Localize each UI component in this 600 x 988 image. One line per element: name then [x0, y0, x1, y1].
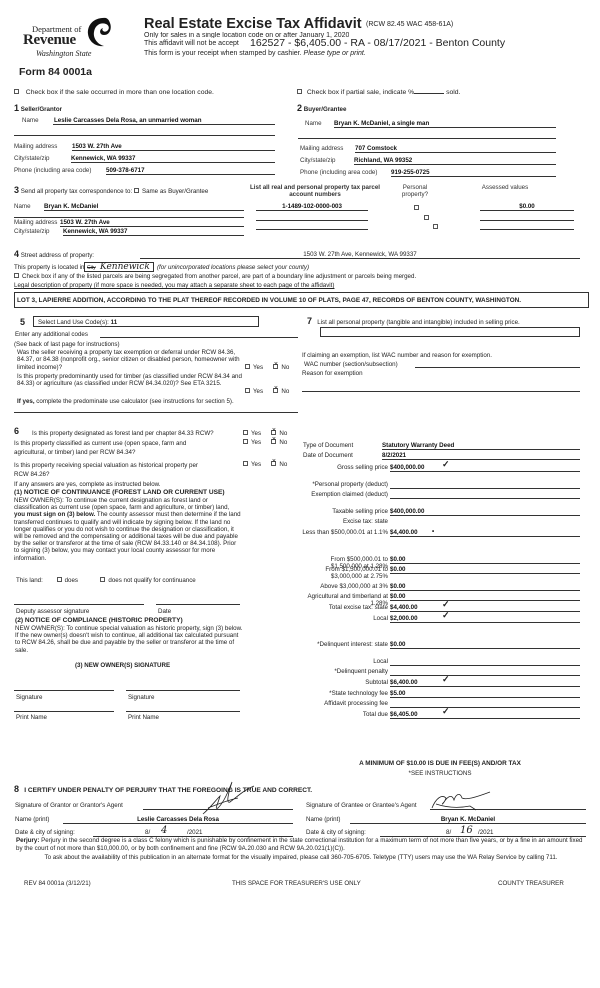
grantor-date-field[interactable]: 8/ 4 /2021	[93, 829, 293, 837]
section-number: 7	[307, 316, 312, 326]
buyer-phone-label: Phone (including area code)	[300, 169, 377, 176]
additional-codes-label: Enter any additional codes	[15, 331, 88, 338]
section-number: 1	[14, 103, 19, 113]
tax-value-field[interactable]: $0.00	[390, 583, 580, 591]
tax-label: Total excise tax: state	[300, 604, 388, 611]
seller-name-row: Name	[22, 117, 39, 124]
tax-value-field[interactable]: $5.00	[390, 690, 580, 698]
seller-name-label: Name	[22, 117, 39, 124]
buyer-address-label: Mailing address	[300, 145, 343, 152]
if-yes-note: If yes, complete the predominate use cal…	[17, 398, 242, 405]
segregated-label: Check box if any of the listed parcels a…	[22, 273, 416, 280]
land-use-q1-answer: Yes No	[245, 364, 289, 371]
assessed-value-field[interactable]	[480, 222, 574, 230]
doc-type-label: Type of Document	[303, 442, 353, 449]
section-number: 6	[14, 426, 19, 436]
historical-no-checkbox[interactable]	[271, 461, 276, 466]
tax-value: $0.00	[390, 566, 405, 573]
parcel-col-header: List all real and personal property tax …	[250, 184, 380, 198]
yes-label: Yes	[253, 388, 263, 395]
seller-phone-label: Phone (including area code)	[14, 167, 91, 174]
grantee-date-label: Date & city of signing:	[306, 829, 366, 836]
no-label: No	[281, 364, 289, 371]
reason-label: Reason for exemption	[302, 370, 363, 377]
n1-text-a: NEW OWNER(S): To continue the current de…	[14, 497, 229, 511]
personal-property-checkbox[interactable]	[414, 205, 419, 210]
tax-label: *Personal property (deduct)	[300, 481, 388, 488]
n1-text-bold: you must sign on (3) below.	[14, 511, 95, 518]
land-use-q2: Is this property predominantly used for …	[17, 373, 242, 388]
seller-city-field[interactable]: Kennewick, WA 99337	[71, 155, 275, 163]
tax-value: $0.00	[390, 593, 405, 600]
buyer-heading-label: Buyer/Grantee	[304, 106, 347, 113]
personal-property-box[interactable]	[320, 327, 580, 337]
tax-value-field[interactable]	[390, 700, 580, 708]
perjury-bold: Perjury:	[16, 837, 39, 844]
located-label: This property is located in	[14, 264, 85, 271]
grantor-name-field[interactable]: Leslie Carcasses Dela Rosa	[63, 816, 293, 824]
certify-text: I CERTIFY UNDER PENALTY OF PERJURY THAT …	[24, 787, 312, 794]
if-any-yes: If any answers are yes, complete as inst…	[14, 481, 161, 488]
notice-compliance-text: NEW OWNER(S): To continue special valuat…	[15, 625, 243, 654]
dor-logo: Department of Revenue Washington State	[20, 14, 120, 60]
this-land-label: This land:	[16, 577, 43, 584]
logo-revenue: Revenue	[23, 32, 76, 49]
notice-continuance-title: (1) NOTICE OF CONTINUANCE (FOREST LAND O…	[14, 489, 225, 496]
street-label-row: 4 Street address of property:	[14, 249, 94, 259]
checkbox[interactable]	[14, 273, 19, 278]
tax-value-field[interactable]: $0.00	[390, 641, 580, 649]
tax-value: $0.00	[390, 583, 405, 590]
legal-description-box[interactable]: LOT 3, LAPIERRE ADDITION, ACCORDING TO T…	[14, 292, 589, 308]
section-number: 4	[14, 249, 19, 259]
same-as-buyer-label: Same as Buyer/Grantee	[142, 188, 208, 195]
see-instructions: *SEE INSTRUCTIONS	[340, 770, 540, 777]
yes-label: Yes	[253, 364, 263, 371]
land-use-instructions: (See back of last page for instructions)	[14, 341, 120, 348]
land-use-label: Select Land Use Code(s):	[38, 319, 109, 326]
tax-label: Less than $500,000.01 at 1.1%	[300, 529, 388, 536]
grantor-date-day: 4	[161, 825, 167, 836]
checkmark-icon: ✓	[442, 459, 450, 470]
tax-value-field[interactable]: $4,400.00•	[390, 529, 580, 537]
grantor-date-label: Date & city of signing:	[15, 829, 75, 836]
corr-city-field[interactable]: Kennewick, WA 99337	[63, 228, 244, 236]
grantor-sig-label: Signature of Grantor or Grantor's Agent	[15, 802, 123, 809]
deputy-sig-line[interactable]	[14, 604, 144, 605]
section-number: 3	[14, 185, 19, 195]
grantor-sig-field[interactable]	[143, 800, 293, 810]
print-line-1[interactable]	[14, 711, 114, 712]
section-number: 2	[297, 103, 302, 113]
doc-date-label: Date of Document	[303, 452, 353, 459]
certify-heading: 8 I CERTIFY UNDER PENALTY OF PERJURY THA…	[14, 784, 312, 794]
corr-name-field[interactable]: Bryan K. McDaniel	[44, 203, 244, 211]
buyer-name-field[interactable]: Bryan K. McDaniel, a single man	[334, 120, 556, 128]
located-value: Kennewick	[100, 262, 150, 272]
n1-text-b: The county assessor must then determine …	[14, 511, 241, 561]
checkmark-icon: ✓	[442, 610, 450, 621]
treasurer-space: THIS SPACE FOR TREASURER'S USE ONLY	[232, 880, 361, 887]
current-use-no-checkbox[interactable]	[271, 439, 276, 444]
tax-value: $0.00	[390, 641, 405, 648]
yes-label: Yes	[251, 430, 261, 437]
form-revision: REV 84 0001a (3/12/21)	[24, 880, 91, 887]
seller-name-line2[interactable]	[14, 128, 275, 136]
tax-value: $5.00	[390, 690, 405, 697]
no-label: No	[279, 461, 287, 468]
seller-address-field[interactable]: 1503 W. 27th Ave	[72, 143, 275, 151]
signature-label-1: Signature	[16, 694, 43, 701]
seller-address-label: Mailing address	[14, 143, 57, 150]
forest-no-checkbox[interactable]	[271, 430, 276, 435]
buyer-name-label: Name	[305, 120, 322, 127]
buyer-heading: 2 Buyer/Grantee	[297, 103, 346, 113]
parcel-number-field[interactable]	[256, 213, 368, 221]
tax-value: $400,000.00	[390, 508, 424, 515]
logo-swirl-icon	[84, 16, 114, 48]
doc-date-field[interactable]: 8/2/2021	[382, 452, 580, 460]
grantee-date-day: 16	[460, 825, 473, 836]
tax-value-field[interactable]: $0.00	[390, 593, 580, 601]
tax-value: $0.00	[390, 556, 405, 563]
notice-compliance-title: (2) NOTICE OF COMPLIANCE (HISTORIC PROPE…	[15, 617, 183, 624]
tax-value-field[interactable]	[390, 491, 580, 499]
checkbox[interactable]	[297, 89, 302, 94]
forest-yes-checkbox[interactable]	[243, 430, 248, 435]
signature-label-2: Signature	[128, 694, 155, 701]
if-yes-bold: If yes,	[17, 398, 35, 405]
buyer-name-line2[interactable]	[298, 131, 556, 139]
personal-property-checkbox[interactable]	[424, 215, 429, 220]
if-yes-text: complete the predominate use calculator …	[36, 398, 233, 405]
tax-label: Total due	[300, 711, 388, 718]
seller-phone-field[interactable]: 509-378-6717	[106, 167, 275, 175]
tax-label: Local	[300, 658, 388, 665]
assessed-value-field[interactable]: $0.00	[480, 203, 574, 211]
deputy-sig-label: Deputy assessor signature	[16, 608, 89, 615]
grantee-sig-field[interactable]	[430, 800, 586, 810]
land-use-q2-answer: Yes No	[245, 388, 289, 395]
parcel-number-field[interactable]: 1-1489-102-0000-003	[256, 203, 368, 211]
new-owner-sig-title: (3) NEW OWNER(S) SIGNATURE	[75, 662, 170, 669]
tax-value-field[interactable]: $400,000.00	[390, 508, 580, 516]
multi-location-check[interactable]: Check box if the sale occurred in more t…	[14, 89, 214, 96]
grantor-date-year: /2021	[187, 829, 202, 836]
grantee-name-field[interactable]: Bryan K. McDaniel	[350, 816, 586, 824]
notice-continuance-text: NEW OWNER(S): To continue the current de…	[14, 497, 242, 562]
tax-value-field[interactable]	[390, 668, 580, 676]
segregated-check[interactable]: Check box if any of the listed parcels a…	[14, 273, 416, 280]
assessed-col-header: Assessed values	[470, 184, 540, 191]
tax-value: $4,400.00	[390, 529, 418, 536]
tax-value-field[interactable]	[390, 481, 580, 489]
checkmark-icon: ✓	[442, 674, 450, 685]
tax-value-field[interactable]: $2,000.00✓	[390, 615, 580, 623]
legal-label: Legal description of property (if more s…	[14, 282, 334, 289]
checkmark-icon: ✓	[442, 706, 450, 717]
tax-value: $6,400.00	[390, 679, 418, 686]
personal-property-label: List all personal property (tangible and…	[317, 319, 520, 326]
tax-value: $400,000.00	[390, 464, 424, 471]
tax-value: $2,000.00	[390, 615, 418, 622]
tax-value-field[interactable]: $6,405.00✓	[390, 711, 580, 719]
corr-name-label: Name	[14, 203, 31, 210]
this-land-row: This land: does does not qualify for con…	[16, 577, 196, 584]
current-use-yes-checkbox[interactable]	[243, 439, 248, 444]
located-prefix: City	[87, 265, 96, 271]
section-number: 5	[20, 317, 25, 327]
reason-field[interactable]	[302, 385, 580, 392]
parcel-number-field[interactable]	[256, 222, 368, 230]
corr-address-top-rule	[14, 217, 244, 218]
q2-no-checkbox[interactable]	[273, 388, 278, 393]
q1-yes-checkbox[interactable]	[245, 364, 250, 369]
no-label: No	[279, 430, 287, 437]
type-print-note: Please type or print.	[304, 50, 366, 57]
section5-rule	[14, 412, 298, 413]
does-label: does	[65, 577, 78, 584]
land-use-code: 11	[111, 319, 118, 326]
print-line-2[interactable]	[126, 711, 240, 712]
wac-label: WAC number (section/subsection)	[304, 361, 398, 368]
parcel-table: 1-1489-102-0000-003 $0.00	[0, 0, 600, 7]
cashier-stamp: 162527 - $6,405.00 - RA - 08/17/2021 - B…	[250, 37, 505, 49]
partial-sale-label: Check box if partial sale, indicate %	[307, 89, 414, 96]
land-use-select[interactable]: Select Land Use Code(s): 11	[33, 316, 259, 327]
buyer-address-field[interactable]: 707 Comstock	[355, 145, 556, 153]
minimum-notice: A MINIMUM OF $10.00 IS DUE IN FEE(S) AND…	[300, 760, 580, 767]
additional-codes-field[interactable]	[100, 331, 298, 338]
section-number: 8	[14, 784, 19, 794]
forest-answer: Yes No	[243, 430, 287, 437]
seller-heading-label: Seller/Grantor	[21, 106, 62, 113]
partial-percent-input[interactable]	[414, 93, 444, 94]
forest-q: Is this property designated as forest la…	[32, 430, 214, 437]
seller-heading: 1 Seller/Grantor	[14, 103, 62, 113]
yes-label: Yes	[251, 439, 261, 446]
buyer-phone-field[interactable]: 919-255-0725	[391, 169, 556, 177]
perjury-body: Perjury in the second degree is a class …	[16, 837, 582, 852]
header-line3: This form is your receipt when stamped b…	[144, 50, 366, 57]
tax-label: Local	[300, 615, 388, 622]
historical-q: Is this property receiving special valua…	[14, 461, 214, 479]
corr-address-label: Mailing address	[14, 219, 57, 226]
tax-value-field[interactable]: $4,400.00✓	[390, 604, 580, 612]
checkbox[interactable]	[14, 89, 19, 94]
assessed-value-field[interactable]	[480, 213, 574, 221]
grantor-signature-icon	[198, 778, 258, 818]
grantee-date-field[interactable]: 8/ 16 /2021	[380, 829, 586, 837]
does-not-label: does not qualify for continuance	[108, 577, 195, 584]
no-label: No	[281, 388, 289, 395]
same-as-buyer-checkbox[interactable]	[134, 188, 139, 193]
does-checkbox[interactable]	[57, 577, 62, 582]
receipt-note: This form is your receipt when stamped b…	[144, 50, 302, 57]
correspondence-heading: 3 Send all property tax correspondence t…	[14, 185, 208, 195]
corr-city-label: City/state/zip	[14, 228, 49, 235]
form-number: Form 84 0001a	[19, 66, 92, 78]
grantee-date-month: 8/	[446, 829, 451, 836]
located-note: (for unincorporated locations please sel…	[157, 264, 309, 271]
grantee-name-label: Name (print)	[306, 816, 340, 823]
partial-sale-sold: sold.	[446, 89, 460, 96]
tax-value: $4,400.00	[390, 604, 418, 611]
tax-value-field[interactable]: $6,400.00✓	[390, 679, 580, 687]
historical-answer: Yes No	[243, 461, 287, 468]
tax-label: From $1,500,000.01 to $3,000,000 at 2.75…	[300, 566, 388, 580]
grantee-date-year: /2021	[478, 829, 493, 836]
grantee-sig-label: Signature of Grantee or Grantee's Agent	[306, 802, 417, 809]
land-use-q1: Was the seller receiving a property tax …	[17, 349, 242, 371]
q2-yes-checkbox[interactable]	[245, 388, 250, 393]
seller-city-label: City/state/zip	[14, 155, 49, 162]
current-use-q: Is this property classified as current u…	[14, 439, 214, 457]
exemption-note: If claiming an exemption, list WAC numbe…	[302, 352, 492, 359]
owner-sig-line-1[interactable]	[14, 690, 114, 691]
tax-label: *Delinquent penalty	[300, 668, 388, 675]
logo-state: Washington State	[36, 49, 91, 58]
street-label: Street address of property:	[21, 252, 94, 259]
buyer-city-field[interactable]: Richland, WA 99352	[354, 157, 556, 165]
historical-yes-checkbox[interactable]	[243, 461, 248, 466]
wac-field[interactable]	[415, 361, 580, 368]
grantee-signature-icon	[430, 788, 500, 812]
tick-mark-icon: •	[432, 528, 434, 535]
tax-label: Gross selling price	[300, 464, 388, 471]
tax-label: Exemption claimed (deduct)	[300, 491, 388, 498]
owner-sig-line-2[interactable]	[126, 690, 240, 691]
form-title: Real Estate Excise Tax Affidavit	[144, 16, 362, 32]
grantor-date-month: 8/	[145, 829, 150, 836]
tax-label: Above $3,000,000 at 3%	[300, 583, 388, 590]
tax-label: Taxable selling price	[300, 508, 388, 515]
grantor-name-label: Name (print)	[15, 816, 49, 823]
header-line2: This affidavit will not be accept	[144, 40, 239, 47]
tax-value-field[interactable]: $0.00	[390, 566, 580, 574]
street-address-field[interactable]: 1503 W. 27th Ave, Kennewick, WA 99337	[140, 251, 580, 259]
personal-property-checkbox[interactable]	[433, 224, 438, 229]
yes-label: Yes	[251, 461, 261, 468]
accessibility-text: To ask about the availability of this pu…	[14, 854, 588, 862]
corr-address-field[interactable]: 1503 W. 27th Ave	[60, 219, 244, 227]
tax-label: Excise tax: state	[300, 518, 388, 525]
county-treasurer: COUNTY TREASURER	[498, 880, 564, 887]
section7-heading: 7 List all personal property (tangible a…	[307, 316, 520, 326]
buyer-city-label: City/state/zip	[300, 157, 335, 164]
seller-name-field[interactable]: Leslie Carcasses Dela Rosa, an unmarried…	[53, 117, 275, 125]
q1-no-checkbox[interactable]	[273, 364, 278, 369]
tax-value-field[interactable]: $400,000.00✓	[390, 464, 580, 472]
tax-value-field[interactable]	[390, 658, 580, 666]
tax-label: *Delinquent interest: state	[300, 641, 388, 648]
doc-type-field[interactable]: Statutory Warranty Deed	[382, 442, 580, 450]
no-label: No	[279, 439, 287, 446]
does-not-checkbox[interactable]	[100, 577, 105, 582]
tax-value-field[interactable]: $0.00	[390, 556, 580, 564]
personal-col-header: Personal property?	[395, 184, 435, 198]
located-in-select[interactable]: City Kennewick	[84, 262, 154, 272]
tax-label: *State technology fee	[300, 690, 388, 697]
partial-sale-check[interactable]: Check box if partial sale, indicate % so…	[297, 89, 460, 96]
tax-label: Subtotal	[300, 679, 388, 686]
print-name-label-1: Print Name	[16, 714, 47, 721]
print-name-label-2: Print Name	[128, 714, 159, 721]
located-in-row: This property is located in	[14, 264, 85, 271]
form-citation: (RCW 82.45 WAC 458-61A)	[366, 21, 453, 28]
correspondence-label: Send all property tax correspondence to:	[21, 188, 132, 195]
checkmark-icon: ✓	[442, 599, 450, 610]
current-use-answer: Yes No	[243, 439, 287, 446]
multi-location-label: Check box if the sale occurred in more t…	[26, 89, 214, 96]
perjury-text: Perjury: Perjury in the second degree is…	[16, 837, 588, 852]
deputy-date-line[interactable]	[156, 604, 240, 605]
tax-value: $6,405.00	[390, 711, 418, 718]
deputy-date-label: Date	[158, 608, 171, 615]
tax-label: Affidavit processing fee	[300, 700, 388, 707]
